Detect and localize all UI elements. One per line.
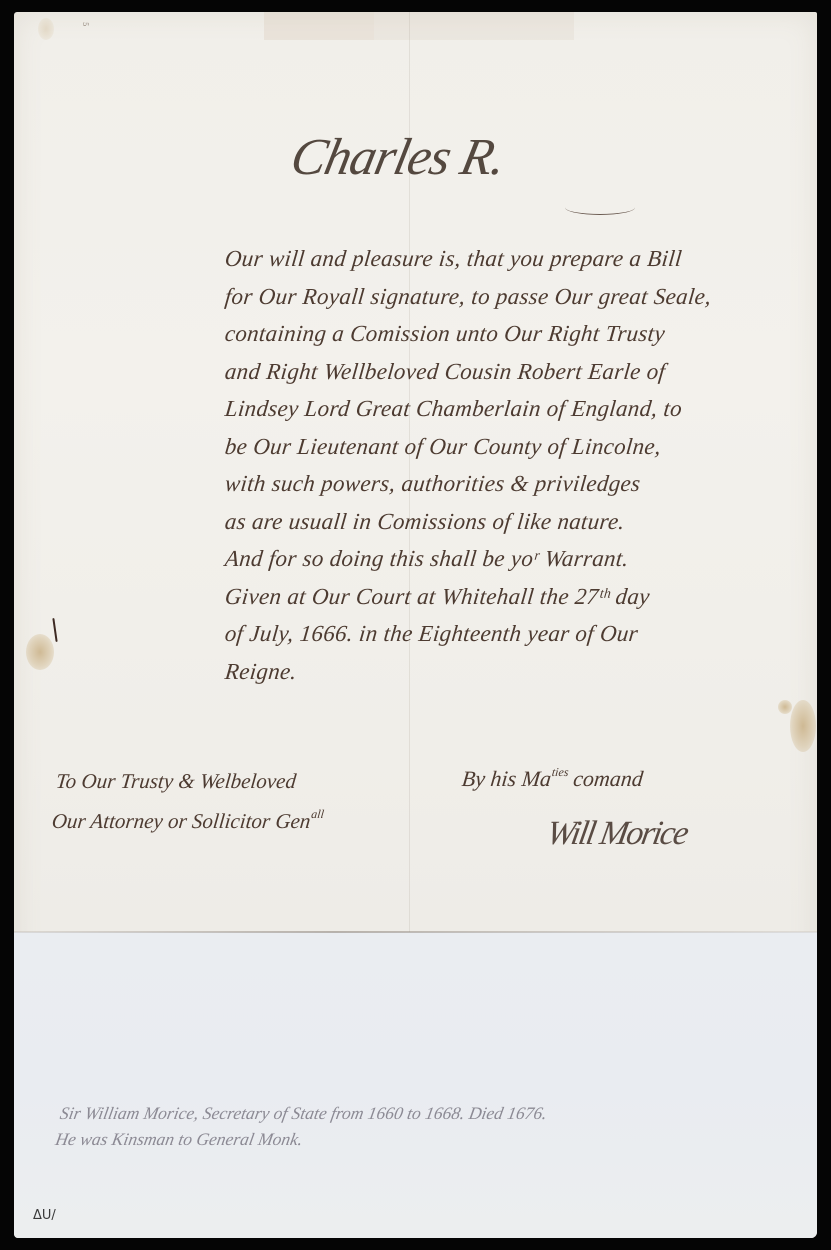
sign-manual-flourish	[565, 200, 635, 215]
addressee-line-1: To Our Trusty & Welbeloved	[54, 765, 329, 798]
body-line: for Our Royall signature, to passe Our g…	[223, 278, 807, 316]
body-line: with such powers, authorities & priviled…	[223, 465, 807, 503]
body-line: containing a Comission unto Our Right Tr…	[223, 315, 807, 353]
command-superscript: ties	[551, 765, 569, 779]
paper-discoloration	[374, 12, 574, 40]
body-line: be Our Lieutenant of Our County of Linco…	[223, 428, 807, 466]
royal-sign-manual: Charles R.	[286, 128, 511, 187]
body-line: Lindsey Lord Great Chamberlain of Englan…	[223, 390, 807, 428]
body-line: of July, 1666. in the Eighteenth year of…	[223, 615, 807, 653]
paper-discoloration	[264, 12, 374, 40]
foxing-stain-top-left	[38, 18, 54, 40]
addressee-line-2: Our Attorney or Sollicitor Genall	[50, 798, 325, 838]
horizontal-fold-line	[14, 931, 817, 933]
body-line: Our will and pleasure is, that you prepa…	[223, 240, 807, 278]
body-line: and Right Wellbeloved Cousin Robert Earl…	[223, 353, 807, 391]
body-line: as are usuall in Comissions of like natu…	[223, 503, 807, 541]
foxing-stain-right-small	[778, 700, 792, 714]
command-prefix: By his Ma	[461, 766, 553, 791]
foxing-stain-left	[26, 634, 54, 670]
archive-shelfmark: ΔU/	[33, 1208, 56, 1223]
body-line: And for so doing this shall be yoʳ Warra…	[223, 540, 807, 578]
body-line: Given at Our Court at Whitehall the 27ᵗʰ…	[223, 578, 807, 616]
body-line: Reigne.	[223, 653, 807, 691]
foxing-stain-right	[790, 700, 816, 752]
warrant-body: Our will and pleasure is, that you prepa…	[225, 240, 805, 690]
lower-folded-panel	[14, 932, 817, 1238]
command-suffix: comand	[567, 766, 645, 791]
countersign-command: By his Maties comand	[461, 765, 645, 792]
addressee-superscript: all	[311, 807, 325, 821]
annotation-line-1: Sir William Morice, Secretary of State f…	[58, 1100, 549, 1126]
later-pencil-annotation: Sir William Morice, Secretary of State f…	[53, 1100, 549, 1152]
addressee-block: To Our Trusty & Welbeloved Our Attorney …	[50, 765, 329, 838]
folio-mark: 5	[81, 22, 89, 26]
annotation-line-2: He was Kinsman to General Monk.	[53, 1126, 544, 1152]
secretary-signature: Will Morice	[544, 815, 690, 853]
addressee-line-2-text: Our Attorney or Sollicitor Gen	[51, 809, 312, 833]
